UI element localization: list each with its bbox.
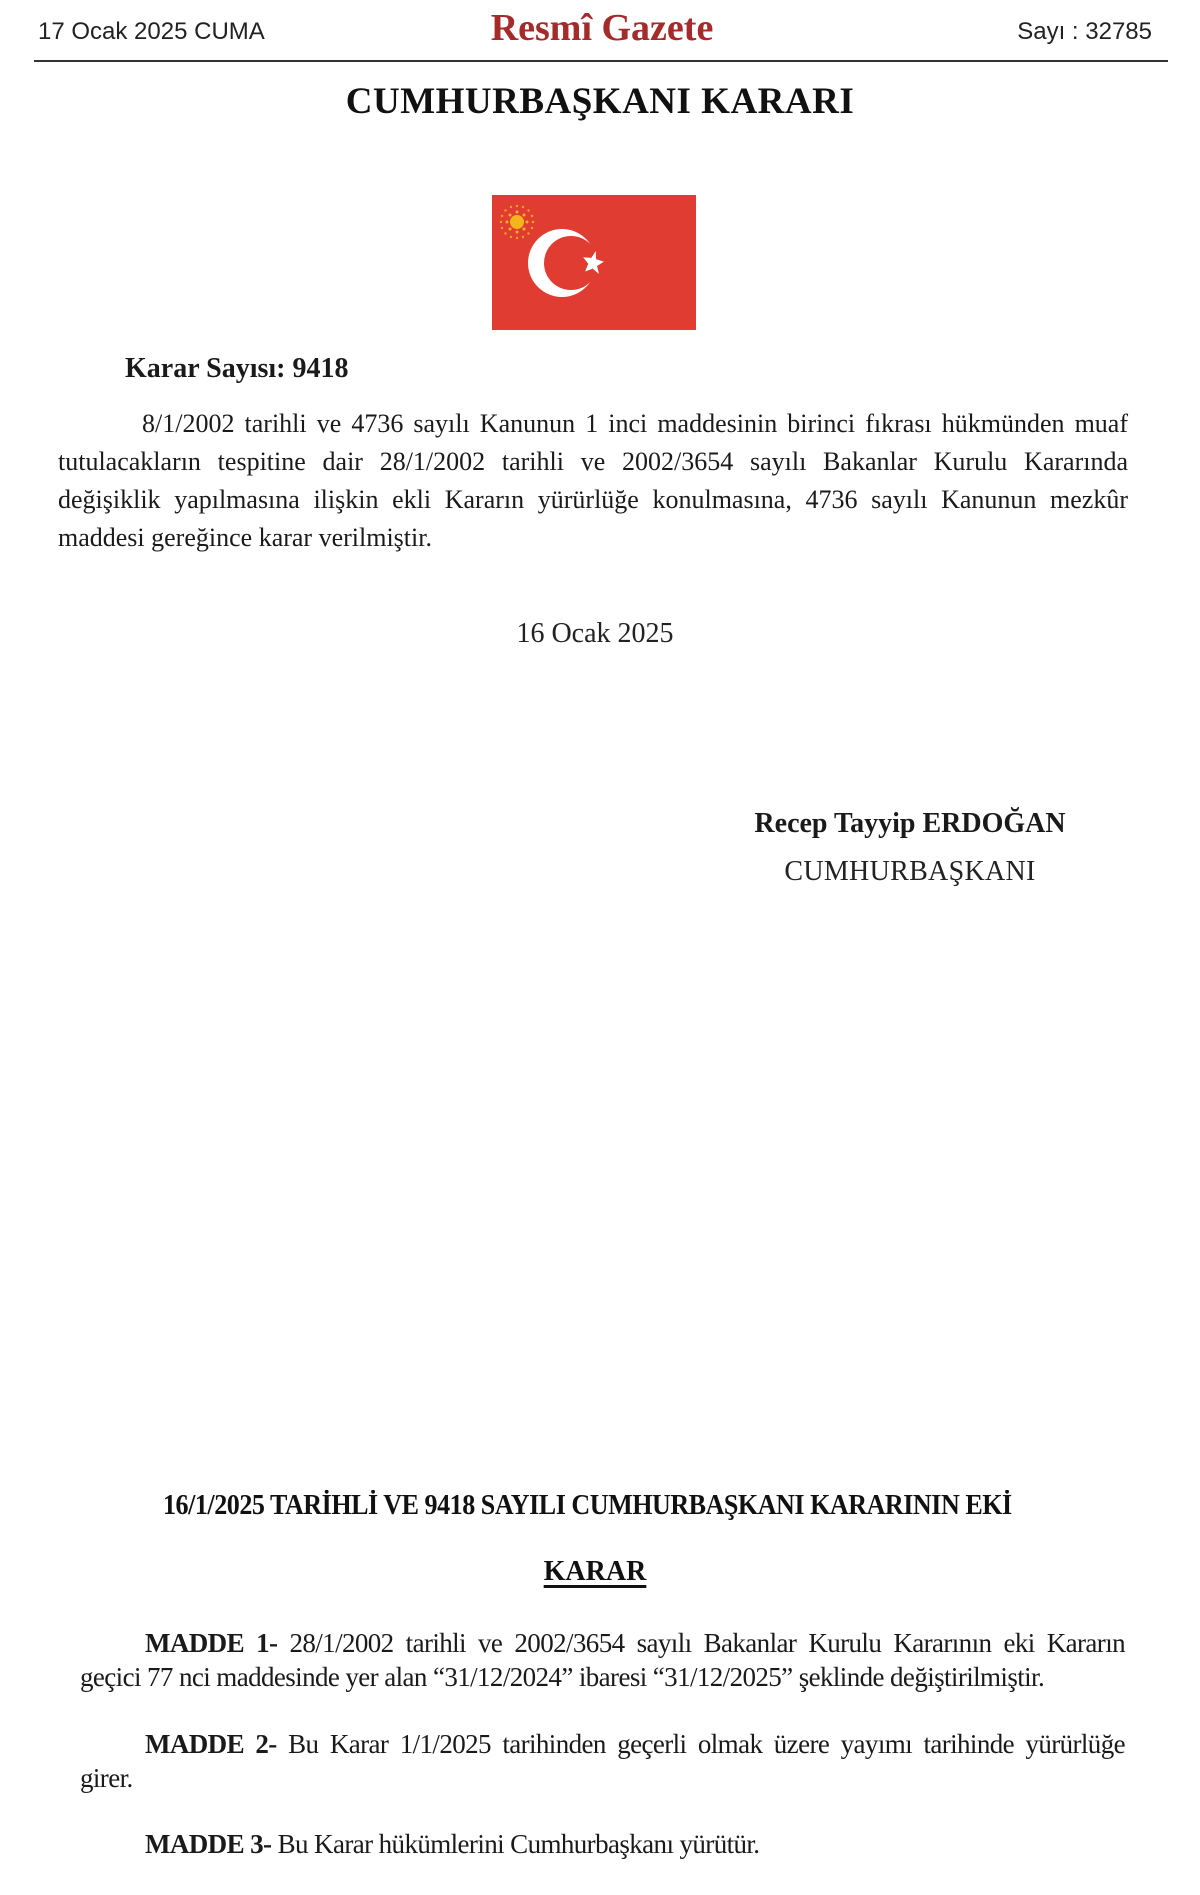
- article-3: MADDE 3- Bu Karar hükümlerini Cumhurbaşk…: [80, 1827, 1125, 1861]
- article-2: MADDE 2- Bu Karar 1/1/2025 tarihinden ge…: [80, 1727, 1125, 1795]
- decision-number: Karar Sayısı: 9418: [125, 353, 348, 385]
- issue-number: Sayı : 32785: [1017, 18, 1152, 46]
- signer-name: Recep Tayyip ERDOĞAN: [660, 808, 1160, 840]
- decision-date: 16 Ocak 2025: [0, 618, 1190, 650]
- article-label: MADDE 1-: [145, 1628, 277, 1658]
- header-divider: [34, 60, 1168, 62]
- publication-title-text: Resmî Gazete: [491, 7, 714, 49]
- preamble-paragraph: 8/1/2002 tarihli ve 4736 sayılı Kanunun …: [58, 405, 1128, 557]
- turkish-presidential-flag-icon: [492, 195, 696, 330]
- annex-heading: 16/1/2025 TARİHLİ VE 9418 SAYILI CUMHURB…: [163, 1490, 1037, 1522]
- article-1: MADDE 1- 28/1/2002 tarihli ve 2002/3654 …: [80, 1626, 1125, 1694]
- signer-title: CUMHURBAŞKANI: [660, 856, 1160, 888]
- article-text: Bu Karar hükümlerini Cumhurbaşkanı yürüt…: [271, 1829, 759, 1859]
- article-label: MADDE 2-: [145, 1729, 277, 1759]
- annex-subheading: KARAR: [0, 1556, 1190, 1588]
- document-title: CUMHURBAŞKANI KARARI: [0, 80, 1200, 123]
- article-label: MADDE 3-: [145, 1829, 271, 1859]
